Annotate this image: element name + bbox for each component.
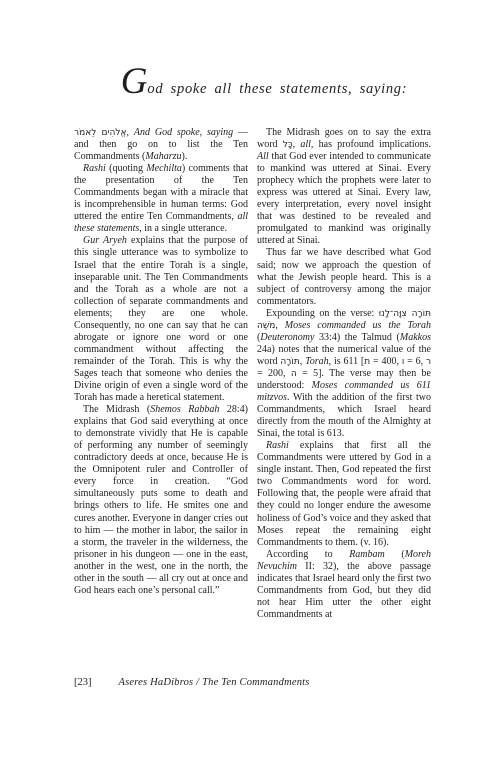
chapter-heading: God spoke all these statements, saying: (0, 63, 500, 100)
body-text: = 400, (370, 356, 402, 367)
italic-text: Moses commanded us the Torah (285, 320, 431, 331)
italic-text: Rashi (83, 163, 106, 174)
body-text: = 6, (404, 356, 426, 367)
italic-text: All (257, 151, 269, 162)
page-footer: [23]Aseres HaDibros / The Ten Commandmen… (74, 677, 431, 688)
italic-text: all (300, 139, 311, 150)
dropcap-initial: G (121, 61, 148, 102)
body-text: According to (266, 549, 349, 560)
italic-text: Makkos (400, 332, 431, 343)
paragraph: Expounding on the verse: תּוֹרָה צִוָּה־… (257, 308, 431, 441)
body-text: ( (385, 549, 405, 560)
hebrew-text: אֱלֹהִים לֵאמֹר (74, 128, 127, 138)
body-text: ). (182, 151, 188, 162)
italic-text: Torah (305, 356, 329, 367)
chapter-heading-text: od spoke all these statements, saying: (147, 81, 407, 97)
hebrew-text: תּוֹרָה (280, 357, 299, 367)
paragraph: Rashi (quoting Mechilta) comments that t… (74, 163, 248, 235)
hebrew-text: ר (426, 357, 431, 367)
body-text: 33:4) the Talmud ( (314, 332, 399, 343)
text-columns: אֱלֹהִים לֵאמֹר, And God spoke, saying —… (74, 127, 431, 621)
body-text: Thus far we have described what God said… (257, 247, 431, 306)
book-title: Aseres HaDibros / The Ten Commandments (119, 677, 310, 688)
paragraph: אֱלֹהִים לֵאמֹר, And God spoke, saying —… (74, 127, 248, 163)
right-column: The Midrash goes on to say the extra wor… (257, 127, 431, 621)
body-text: (quoting (106, 163, 147, 174)
italic-text: And God spoke, saying (134, 127, 233, 138)
italic-text: Maharzu (145, 151, 181, 162)
hebrew-text: כָּל (283, 140, 293, 150)
paragraph: Rashi explains that first all the Comman… (257, 440, 431, 548)
paragraph: Thus far we have described what God said… (257, 247, 431, 307)
body-text: explains that first all the Commandments… (257, 440, 431, 547)
body-text: Expounding on the verse: (266, 308, 379, 319)
left-column: אֱלֹהִים לֵאמֹר, And God spoke, saying —… (74, 127, 248, 621)
italic-text: Mechilta (146, 163, 182, 174)
body-text: explains that the purpose of this single… (74, 235, 248, 403)
body-text: , (275, 320, 284, 331)
body-text: that God ever intended to communicate to… (257, 151, 431, 246)
body-text: The Midrash ( (83, 404, 150, 415)
italic-text: Gur Aryeh (83, 235, 127, 246)
italic-text: Rashi (266, 440, 289, 451)
italic-text: Rambam (349, 549, 385, 560)
paragraph: Gur Aryeh explains that the purpose of t… (74, 235, 248, 404)
page-number: [23] (74, 677, 92, 688)
body-text: 28:4) explains that God said everything … (74, 404, 248, 596)
body-text: , in a single utterance. (139, 223, 227, 234)
paragraph: The Midrash goes on to say the extra wor… (257, 127, 431, 247)
paragraph: The Midrash (Shemos Rabbah 28:4) explain… (74, 404, 248, 597)
body-text: , (127, 127, 134, 138)
paragraph: According to Rambam (Moreh Nevuchim II: … (257, 549, 431, 621)
book-page: God spoke all these statements, saying: … (0, 0, 500, 760)
body-text: , is 611 [ (329, 356, 365, 367)
italic-text: Deuteronomy (260, 332, 314, 343)
body-text: , has profound implications. (311, 139, 431, 150)
body-text: = 200, (257, 368, 291, 379)
italic-text: Shemos Rabbah (150, 404, 219, 415)
